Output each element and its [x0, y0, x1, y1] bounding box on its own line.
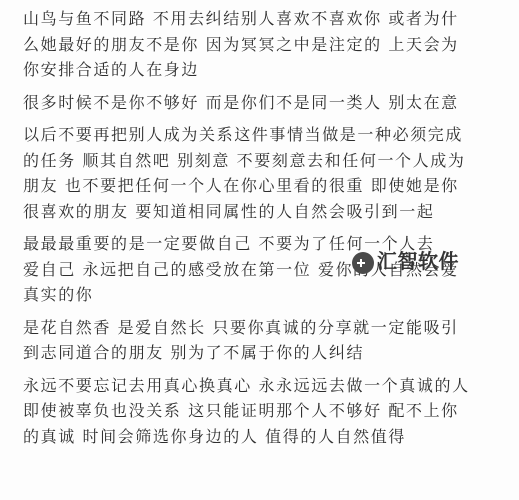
document-body: 山鸟与鱼不同路 不用去纠结别人喜欢不喜欢你 或者为什 么她最好的朋友不是你 因为…	[23, 6, 503, 449]
text-line: 到志同道合的朋友 别为了不属于你的人纠结	[23, 340, 503, 366]
text-line: 朋友 也不要把任何一个人在你心里看的很重 即使她是你	[23, 173, 503, 199]
text-line: 你安排合适的人在身边	[23, 57, 503, 83]
paragraph-3: 以后不要再把别人成为关系这件事情当做是一种必须完成 的任务 顺其自然吧 别刻意 …	[23, 122, 503, 224]
text-line: 么她最好的朋友不是你 因为冥冥之中是注定的 上天会为	[23, 32, 503, 58]
text-line: 以后不要再把别人成为关系这件事情当做是一种必须完成	[23, 122, 503, 148]
watermark-text: 汇智软件	[377, 245, 459, 274]
paragraph-2: 很多时候不是你不够好 而是你们不是同一类人 别太在意	[23, 90, 503, 116]
watermark: 汇智软件	[352, 244, 459, 274]
paragraph-6: 永远不要忘记去用真心换真心 永永远远去做一个真诚的人 即使被辜负也没关系 这只能…	[23, 373, 503, 450]
text-line: 很多时候不是你不够好 而是你们不是同一类人 别太在意	[23, 90, 503, 116]
paragraph-1: 山鸟与鱼不同路 不用去纠结别人喜欢不喜欢你 或者为什 么她最好的朋友不是你 因为…	[23, 6, 503, 83]
text-line: 的任务 顺其自然吧 别刻意 不要刻意去和任何一个人成为	[23, 148, 503, 174]
text-line: 真实的你	[23, 282, 503, 308]
game-controller-plus-icon	[352, 252, 374, 274]
text-line: 山鸟与鱼不同路 不用去纠结别人喜欢不喜欢你 或者为什	[23, 6, 503, 32]
text-line: 即使被辜负也没关系 这只能证明那个人不够好 配不上你	[23, 398, 503, 424]
text-line: 是花自然香 是爱自然长 只要你真诚的分享就一定能吸引	[23, 315, 503, 341]
paragraph-5: 是花自然香 是爱自然长 只要你真诚的分享就一定能吸引 到志同道合的朋友 别为了不…	[23, 315, 503, 366]
text-line: 的真诚 时间会筛选你身边的人 值得的人自然值得	[23, 424, 503, 450]
text-line: 很喜欢的朋友 要知道相同属性的人自然会吸引到一起	[23, 199, 503, 225]
text-line: 永远不要忘记去用真心换真心 永永远远去做一个真诚的人	[23, 373, 503, 399]
